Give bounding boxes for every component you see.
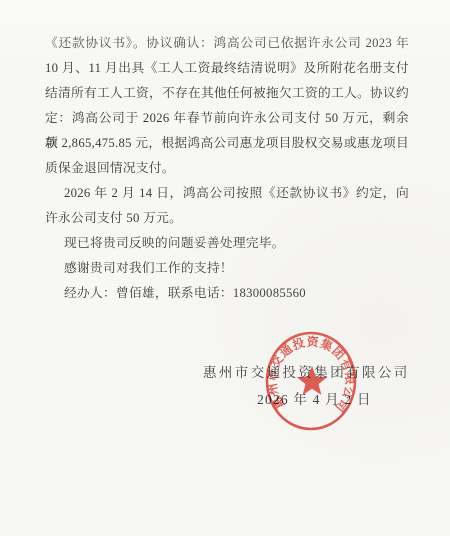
letter-body: 《还款协议书》。协议确认：鸿高公司已依据许永公司 2023 年 10 月、11 … xyxy=(45,31,409,306)
body-line: 许永公司支付 50 万元。 xyxy=(45,206,409,231)
company-seal-icon: 惠州市交通投资集团有限公司 xyxy=(246,316,376,446)
body-line: 结清所有工人工资，不存在其他任何被拖欠工资的工人。协议约 xyxy=(45,81,409,106)
body-line: 定：鸿高公司于 2026 年春节前向许永公司支付 50 万元，剩余款 xyxy=(45,106,409,131)
body-line: 现已将贵司反映的问题妥善处理完毕。 xyxy=(45,231,409,256)
body-line: 10 月、11 月出具《工人工资最终结清说明》及所附花名册支付 xyxy=(45,56,409,81)
body-line: 2026 年 2 月 14 日，鸿高公司按照《还款协议书》约定，向 xyxy=(45,181,409,206)
handler-contact-line: 经办人：曾佰雄，联系电话：18300085560 xyxy=(45,281,409,306)
body-line: 《还款协议书》。协议确认：鸿高公司已依据许永公司 2023 年 xyxy=(45,31,409,56)
body-line: 项 2,865,475.85 元，根据鸿高公司惠龙项目股权交易或惠龙项目 xyxy=(45,131,409,156)
body-line: 感谢贵司对我们工作的支持！ xyxy=(45,256,409,281)
signature-company-name: 惠州市交通投资集团有限公司 xyxy=(203,361,410,381)
signature-date: 2026 年 4 月 2 日 xyxy=(257,388,372,408)
scanned-letter-page: 《还款协议书》。协议确认：鸿高公司已依据许永公司 2023 年 10 月、11 … xyxy=(0,0,450,536)
body-line: 质保金退回情况支付。 xyxy=(45,156,409,181)
seal-ring xyxy=(267,333,355,429)
